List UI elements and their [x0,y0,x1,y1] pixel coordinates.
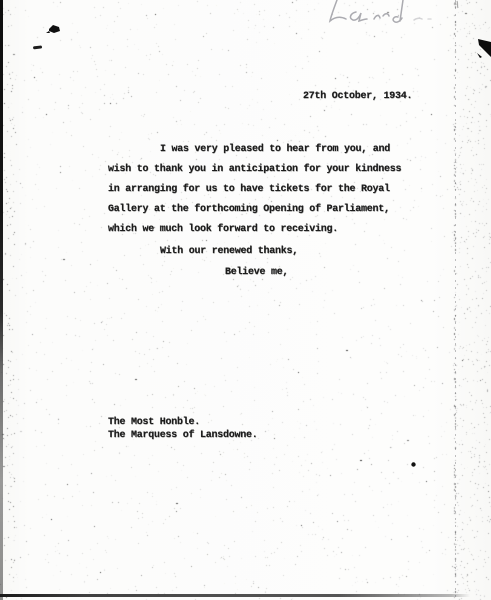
body-line-5: which we much look forward to receiving. [108,224,338,236]
ink-blot [46,25,60,33]
body-line-1: I was very pleased to hear from you, and [160,144,390,156]
closing-line-1: With our renewed thanks, [160,246,298,258]
ink-dash [33,45,42,49]
scanned-letter-page: 27th October, 1934. I was very pleased t… [0,0,491,600]
addressee-line-1: The Most Honble. [108,417,200,429]
ink-marks-layer [0,0,491,600]
closing-line-2: Believe me, [225,267,288,279]
body-line-3: in arranging for us to have tickets for … [108,184,390,196]
date-line: 27th October, 1934. [303,91,412,103]
arrow-ink-mark [477,39,491,58]
addressee-line-2: The Marquess of Lansdowne. [108,430,258,442]
corner-scuff-mark [455,1,458,8]
ink-dot [411,462,415,466]
body-line-2: wish to thank you in anticipation for yo… [108,164,401,176]
body-line-4: Gallery at the forthcoming Opening of Pa… [108,204,390,216]
